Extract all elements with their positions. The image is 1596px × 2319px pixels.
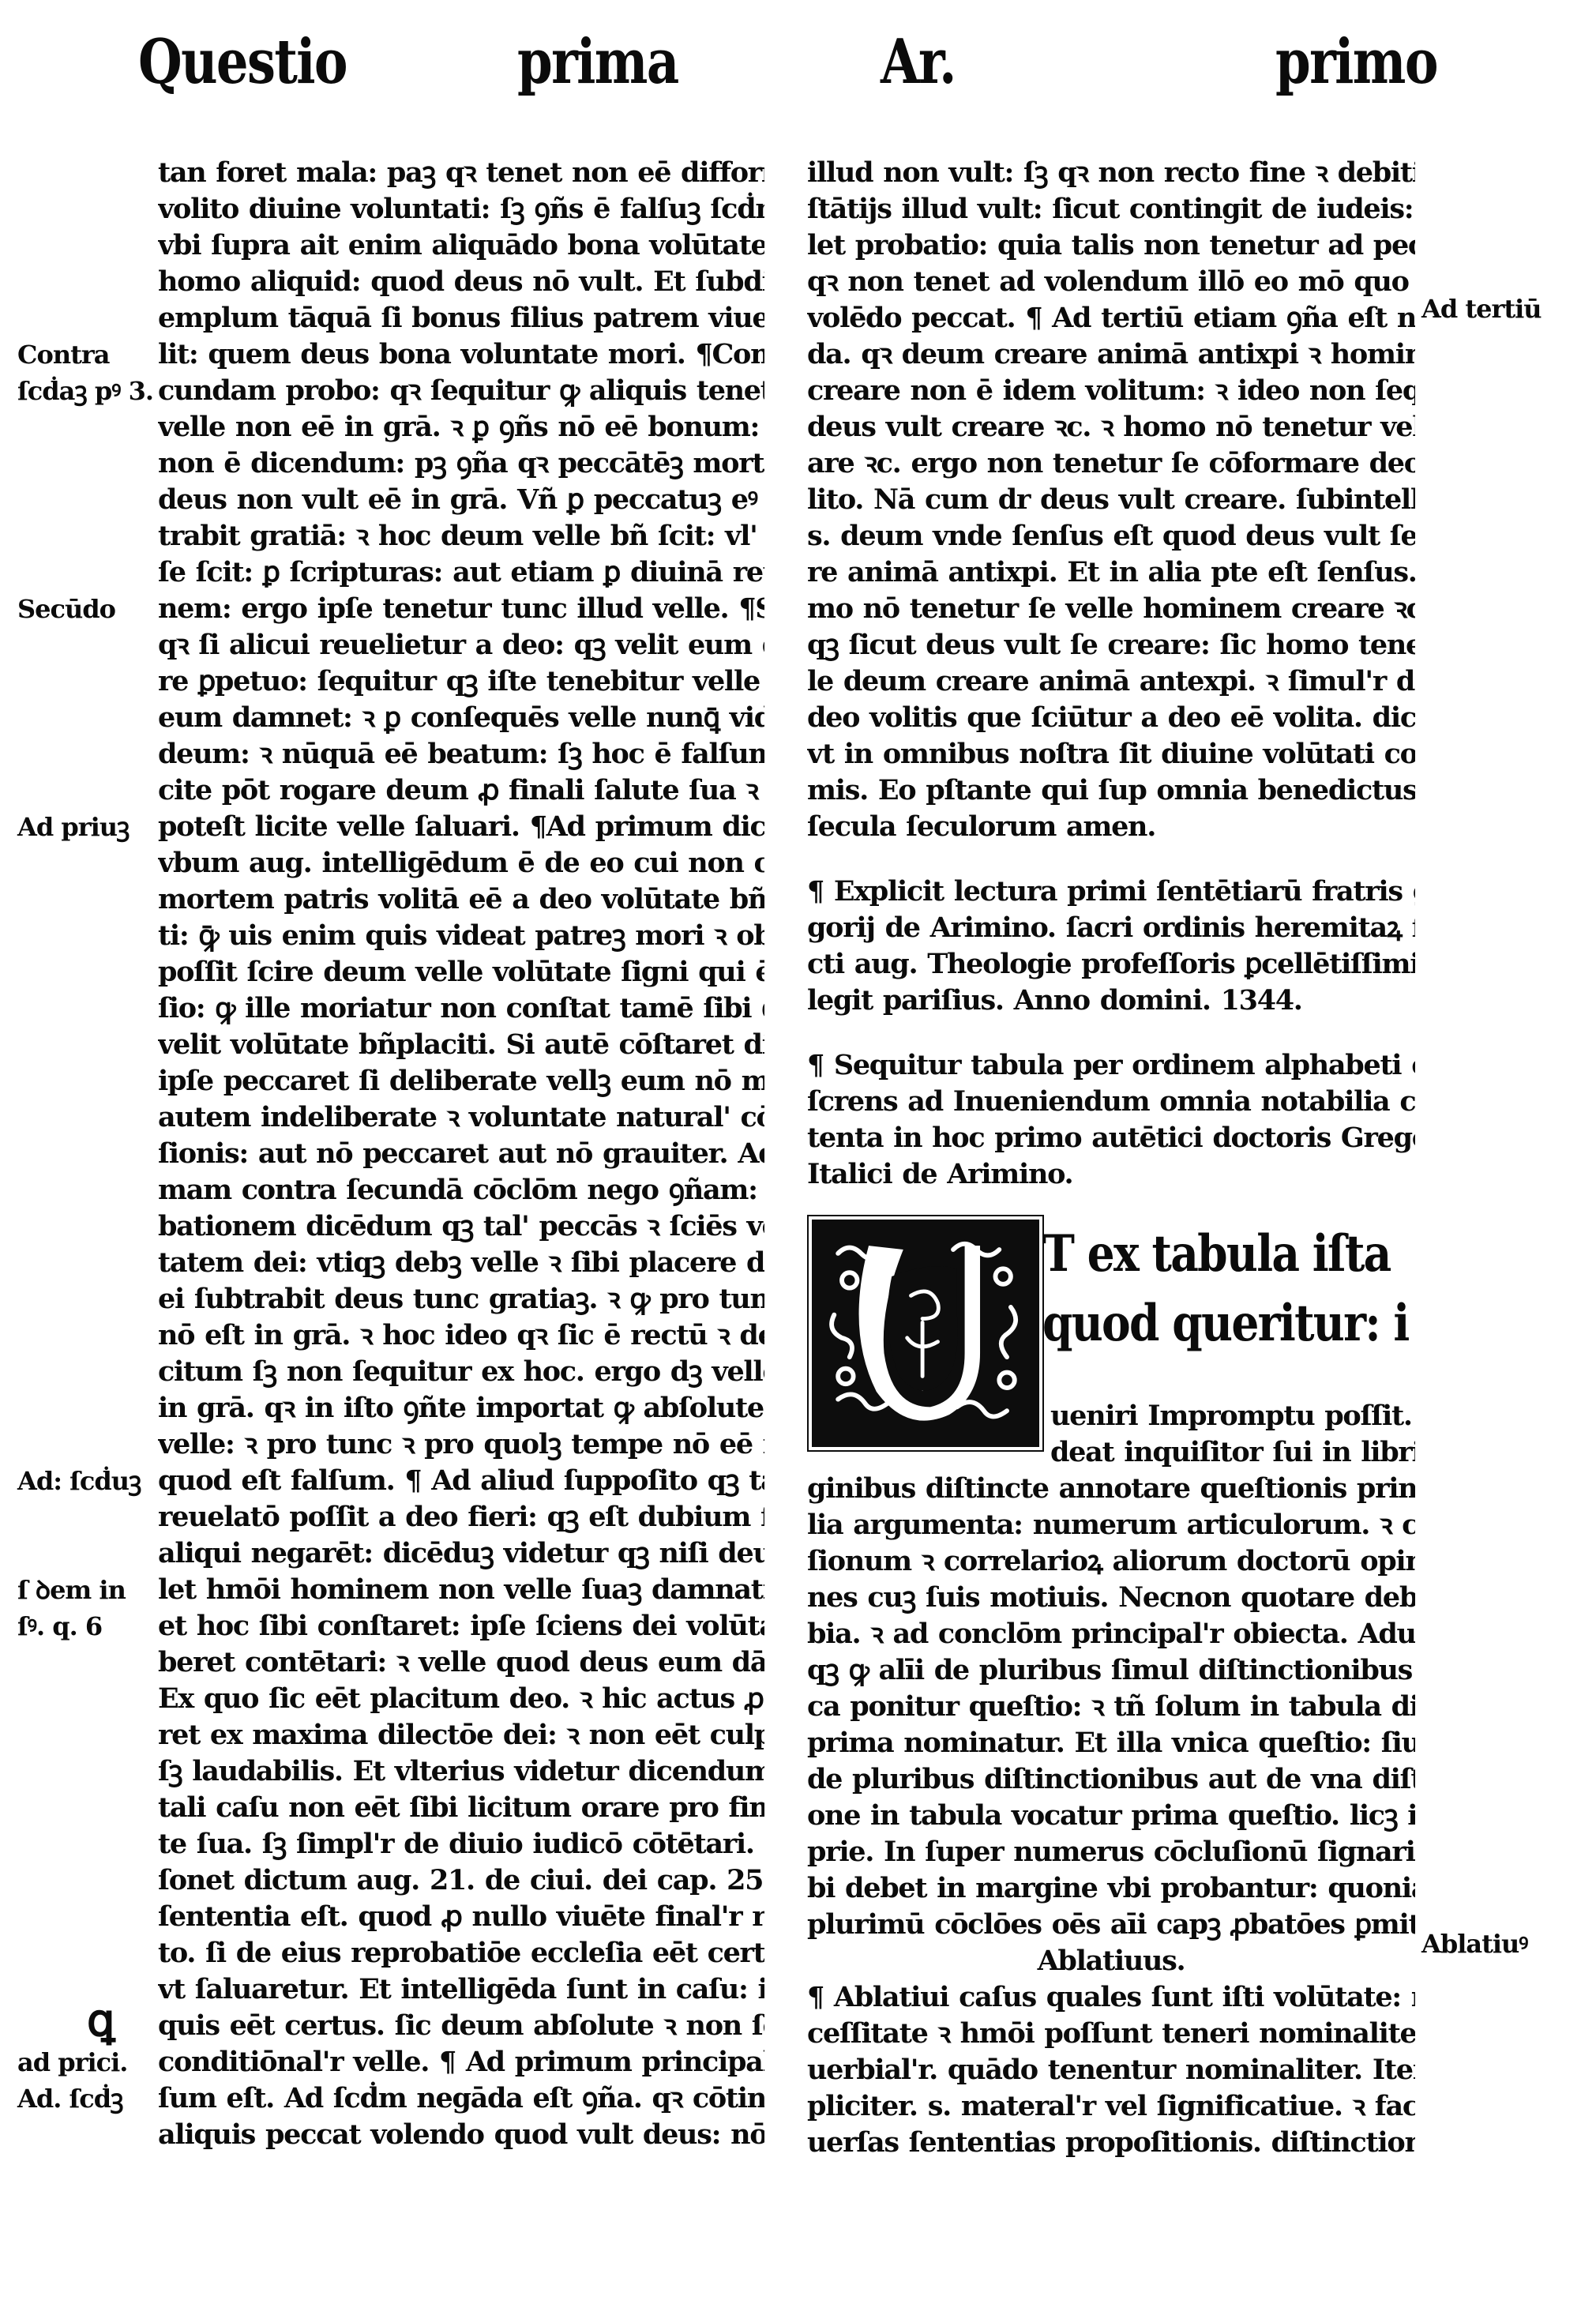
text-line: ¶ Sequitur tabula per ordinem alphabeti … [807,1047,1415,1084]
text-line: let probatio: quia talis non tenetur ad … [807,227,1415,264]
section-heading-ablatiuus: Ablatiuus. [807,1943,1415,1979]
text-line: deum: ꝛ nūquā eē beatum: ſꝫ hoc ē falſum… [158,736,764,772]
book-page: Questio prima Ar. primo tan foret mala: … [0,0,1596,2319]
text-line: ſcrens ad Inueniendum omnia notabilia co… [807,1084,1415,1120]
running-head-prima: prima [517,32,678,93]
text-line: Ex quo ſic eēt placitum deo. ꝛ hic actus… [158,1681,764,1717]
text-line: gorij de Arimino. ſacri ordinis heremita… [807,910,1415,946]
text-line: mis. Eo pſtante qui ſup omnia benedictus… [807,772,1415,809]
text-line: legit pariſius. Anno domini. 1344. [807,983,1415,1019]
text-line: mam contra ſecundā cōclōm nego ꝯñam: ad … [158,1172,764,1208]
text-line: quis eēt certus. ſic deum abſolute ꝛ non… [158,2008,764,2044]
text-line: ſio: ꝙ ille moriatur non conſtat tamē ſi… [158,990,764,1027]
text-line: lit: quem deus bona voluntate mori. ¶Con… [158,336,764,373]
running-head-questio: Questio [138,32,347,93]
text-line: ſe ſcit: ꝑ ſcripturas: aut etiam ꝑ diuin… [158,554,764,591]
text-line: pliciter. s. materal'r vel ſignificatiue… [807,2088,1415,2125]
text-line: to. ſi de eius reprobatiōe eccleſia eēt … [158,1935,764,1971]
margin-note-left: ſꝰ. q. 6 [17,1608,102,1644]
text-line: deus vult creare ꝛc. ꝛ homo nō tenetur v… [807,409,1415,445]
margin-note-left: ſ ꝺem in [17,1572,126,1608]
text-line: one in tabula vocatur prima queſtio. lic… [807,1798,1415,1834]
text-line: citum ſꝫ non ſequitur ex hoc. ergo dꝫ ve… [158,1354,764,1390]
entry-ablatiuus: ¶ Ablatiui caſus quales ſunt iſti volūta… [807,1979,1415,2161]
decorated-initial-v [812,1220,1039,1447]
text-line: s. deum vnde ſenſus eſt quod deus vult ſ… [807,518,1415,554]
marginal-flourish-mark: ꝗ [87,1998,115,2043]
text-line: homo aliquid: quod deus nō vult. Et ſubd… [158,264,764,300]
margin-note-left: Ad: ſcḋuꝫ [17,1463,141,1499]
table-introduction: ¶ Sequitur tabula per ordinem alphabeti … [807,1047,1415,1193]
text-line: bationem dicēdum qꝫ tal' peccās ꝛ ſciēs … [158,1208,764,1245]
text-line: ſonet dictum aug. 21. de ciui. dei cap. … [158,1862,764,1899]
text-line: cite pōt rogare deum ꝓ finali ſalute ſua… [158,772,764,809]
text-line: ſꝫ laudabilis. Et vlterius videtur dicen… [158,1753,764,1790]
text-line: prima nominatur. Et illa vnica queſtio: … [807,1725,1415,1761]
text-line: cundam probo: qꝛ ſequitur ꝙ aliquis tene… [158,373,764,409]
text-line: da. qꝛ deum creare animā antixpi ꝛ homin… [807,336,1415,373]
text-line: le deum creare animā antexpi. ꝛ ſimul'r … [807,663,1415,700]
table-instructions: ginibus diſtincte annotare queſtionis pr… [807,1471,1415,2161]
explicit-colophon: ¶ Explicit lectura primi ſentētiarū frat… [807,874,1415,1019]
text-beside-initial: ueniri Impromptu poſſit. ſtudeat inquiſi… [1050,1398,1415,1471]
text-line: illud non vult: ſꝫ qꝛ non recto fine ꝛ d… [807,155,1415,191]
text-line: trabit gratiā: ꝛ hoc deum velle bñ ſcit:… [158,518,764,554]
text-line: nem: ergo ipſe tenetur tunc illud velle.… [158,591,764,627]
margin-note-right: Ad tertiū [1421,291,1542,327]
margin-note-left: ſcḋaꝫ pꝰ 3. [17,373,153,409]
text-line: vbi ſupra ait enim aliquādo bona volūtat… [158,227,764,264]
text-line: volēdo peccat. ¶ Ad tertiū etiam ꝯña eſt… [807,300,1415,336]
text-line: emplum tāquā ſi bonus filius patrem viue… [158,300,764,336]
text-line: quod eſt falſum. ¶ Ad aliud ſuppoſito qꝫ… [158,1463,764,1499]
text-line: poſſit ſcire deum velle volūtate ſigni q… [158,954,764,990]
text-line: mo nō tenetur ſe velle hominem creare ꝛc… [807,591,1415,627]
text-line: aliquis peccat volendo quod vult deus: n… [158,2117,764,2153]
text-line: ca ponitur queſtio: ꝛ tñ ſolum in tabula… [807,1689,1415,1725]
text-line: tan foret mala: paꝫ qꝛ tenet non eē diff… [158,155,764,191]
text-line: et hoc ſibi conſtaret: ipſe ſciens dei v… [158,1608,764,1644]
text-line: re animā antixpi. Et in alia pte eſt ſen… [807,554,1415,591]
text-line: vt ſaluaretur. Et intelligēda ſunt in ca… [158,1971,764,2008]
text-line: ſum eſt. Ad ſcḋm negāda eſt ꝯña. qꝛ cōti… [158,2080,764,2117]
text-line: deat inquiſitor ſui in libri mar [1050,1434,1415,1471]
text-line: are ꝛc. ergo non tenetur ſe cōformare de… [807,445,1415,482]
table-opening-line-1: T ex tabula iſta [1042,1229,1391,1280]
text-line: mortem patris volitā eē a deo volūtate b… [158,881,764,918]
text-line: ¶ Ablatiui caſus quales ſunt iſti volūta… [807,1979,1415,2016]
commentary-conclusion: illud non vult: ſꝫ qꝛ non recto fine ꝛ d… [807,155,1415,845]
left-column-text: tan foret mala: paꝫ qꝛ tenet non eē diff… [158,155,764,2153]
text-line: velit volūtate bñplaciti. Si autē cōſtar… [158,1027,764,1063]
text-line: lia argumenta: numerum articulorum. ꝛ cō… [807,1507,1415,1543]
text-line: bi debet in margine vbi probantur: quoni… [807,1870,1415,1907]
running-head-primo: primo [1275,32,1437,93]
text-line: eum damnet: ꝛ ꝑ conſequēs velle nunꝗ̄ vi… [158,700,764,736]
text-line: plurimū cōclōes oēs aīi capꝫ ꝓbatōes ꝑmi… [807,1907,1415,1943]
text-line: ceſſitate ꝛ hmōi poſſunt teneri nominali… [807,2016,1415,2052]
text-line: vt in omnibus noſtra ſit diuine volūtati… [807,736,1415,772]
text-line: reuelatō poſſit a deo fieri: qꝫ eſt dubi… [158,1499,764,1535]
text-line: aliqui negarēt: dicēduꝫ videtur qꝫ niſi … [158,1535,764,1572]
text-line: tenta in hoc primo autētici doctoris Gre… [807,1120,1415,1156]
text-line: qꝛ ſi alicui reuelietur a deo: qꝫ velit … [158,627,764,663]
text-line: tatem dei: vtiqꝫ debꝫ velle ꝛ ſibi place… [158,1245,764,1281]
text-line: ſionis: aut nō peccaret aut nō grauiter.… [158,1136,764,1172]
text-line: qꝫ ꝙ alīi de pluribus ſimul diſtinctioni… [807,1652,1415,1689]
text-line: velle non eē in grā. ꝛ ꝑ ꝯñs nō eē bonum… [158,409,764,445]
text-line: cti aug. Theologie profeſſoris ꝑcellētiſ… [807,946,1415,983]
text-line: ginibus diſtincte annotare queſtionis pr… [807,1471,1415,1507]
text-line: ret ex maxima dilectōe dei: ꝛ non eēt cu… [158,1717,764,1753]
margin-note-left: Contra [17,336,109,373]
text-line: te ſua. ſꝫ ſimpl'r de diuio iudicō cōtēt… [158,1826,764,1862]
text-line: nes cuꝫ ſuis motiuis. Necnon quotare deb… [807,1580,1415,1616]
text-line: volito diuine voluntati: ſꝫ ꝯñs ē falſuꝫ… [158,191,764,227]
text-line: lito. Nā cum dr deus vult creare. ſubint… [807,482,1415,518]
text-line: ei ſubtrabit deus tunc gratiaꝫ. ꝛ ꝙ pro … [158,1281,764,1317]
text-line: creare non ē idem volitum: ꝛ ideo non ſe… [807,373,1415,409]
instructions-lines: ginibus diſtincte annotare queſtionis pr… [807,1471,1415,1943]
text-line: ueniri Impromptu poſſit. ſtu [1050,1398,1415,1434]
text-line: re ꝑpetuo: ſequitur qꝫ iſte tenebitur ve… [158,663,764,700]
text-line: nō eſt in grā. ꝛ hoc ideo qꝛ ſic ē rectū… [158,1317,764,1354]
text-line: de pluribus diſtinctionibus aut de vna d… [807,1761,1415,1798]
text-line: ¶ Explicit lectura primi ſentētiarū frat… [807,874,1415,910]
text-line: beret contētari: ꝛ velle quod deus eum d… [158,1644,764,1681]
right-column-text: illud non vult: ſꝫ qꝛ non recto fine ꝛ d… [807,155,1415,1193]
text-line: vbum aug. intelligēdum ē de eo cui non c… [158,845,764,881]
text-line: in grā. qꝛ in iſto ꝯñte importat ꝙ abſol… [158,1390,764,1426]
text-line: ſecula ſeculorum amen. [807,809,1415,845]
text-line: tali caſu non eēt ſibi licitum orare pro… [158,1790,764,1826]
text-line: Italici de Arimino. [807,1156,1415,1193]
margin-note-right: Ablatiuꝰ [1421,1926,1528,1962]
margin-note-left: Ad. ſcḋꝫ [17,2080,122,2117]
text-line: deo volitis que ſciūtur a deo eē volita.… [807,700,1415,736]
margin-note-left: ad prici. [17,2044,127,2080]
text-line: ſionum ꝛ correlarioꝝ aliorum doctorū opi… [807,1543,1415,1580]
running-head-article: Ar. [881,32,956,93]
text-line: ſententia eſt. quod ꝓ nullo viuēte final… [158,1899,764,1935]
text-line: poteſt licite velle ſaluari. ¶Ad primum … [158,809,764,845]
text-line: conditiōnal'r velle. ¶ Ad primum princip… [158,2044,764,2080]
text-line: ipſe peccaret ſi deliberate vellꝫ eum nō… [158,1063,764,1099]
margin-note-left: Ad priuꝫ [17,809,129,845]
text-line: bia. ꝛ ad conclōm principal'r obiecta. A… [807,1616,1415,1652]
text-line: prie. In ſuper numerus cōcluſionū ſignar… [807,1834,1415,1870]
text-line: autem indeliberate ꝛ voluntate natural' … [158,1099,764,1136]
text-line: uerſas ſententias propoſitionis. diſtinc… [807,2125,1415,2161]
text-line: non ē dicendum: pꝫ ꝯña qꝛ peccātēꝫ morta… [158,445,764,482]
text-line: qꝛ non tenet ad volendum illō eo mō quo … [807,264,1415,300]
text-line: let hmōi hominem non velle ſuaꝫ damnatio… [158,1572,764,1608]
text-line: uerbial'r. quādo tenentur nominaliter. I… [807,2052,1415,2088]
margin-note-left: Secūdo [17,591,115,627]
text-line: ti: ꝙ̄ uis enim quis videat patreꝫ mori … [158,918,764,954]
text-line: velle: ꝛ pro tunc ꝛ pro quolꝫ tempe nō e… [158,1426,764,1463]
text-line: deus non vult eē in grā. Vñ ꝑ peccatuꝫ e… [158,482,764,518]
text-line: ſtātijs illud vult: ſicut contingit de i… [807,191,1415,227]
text-line: qꝫ ſicut deus vult ſe creare: ſic homo t… [807,627,1415,663]
woodcut-initial-icon [815,1223,1036,1444]
table-opening-line-2: quod queritur: i [1042,1299,1409,1349]
